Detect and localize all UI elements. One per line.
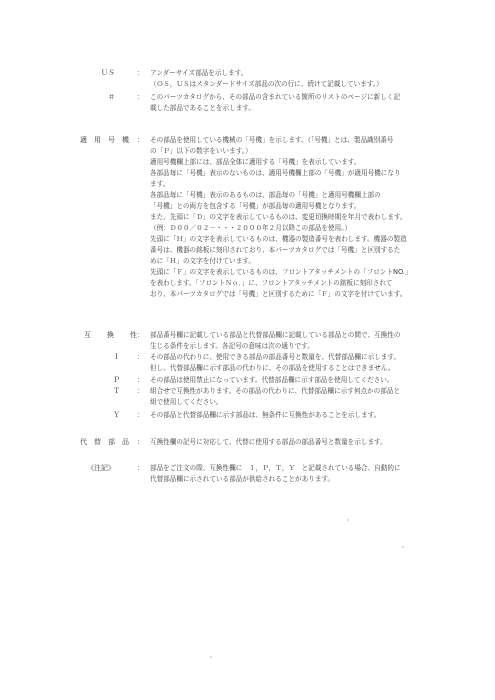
section-label: Ｐ — [113, 375, 120, 386]
text-line: 各部品毎に「号機」表示のあるものは、部品毎の「号機」と適用号機欄上部の — [150, 190, 460, 201]
text-line: 先頭に「Ｆ」の文字を表示しているものは、フロントアタッチメントの「フロントNO.… — [150, 267, 460, 278]
text-line: 部品をご注文の際、互換性欄に Ｉ，Ｐ，Ｔ，Ｙ と記載されている場合、自動的に — [150, 463, 460, 474]
text-line: アンダーサイズ部品を示します。 — [150, 68, 460, 79]
text-line: 先頭に「Ｈ」の文字を表示しているものは、機器の製造番号を表わします。機器の製造 — [150, 234, 460, 245]
text-line: また、先頭に「Ｄ」の文字を表示しているものは、変更切換時期を年月で表わします。 — [150, 212, 460, 223]
section-colon: ： — [137, 463, 144, 474]
section-body: その部品と代替部品欄に示す部品は、無条件に互換性があることを示します。 — [150, 410, 460, 421]
section-label: 《注記》 — [87, 463, 115, 474]
section-label: ＃ — [108, 92, 115, 103]
text-line: 「号機」との両方を包含する「号機」が部品毎の適用号機となります。 — [150, 201, 460, 212]
text-line: の「Ｐ」以下の数字をいいます。） — [150, 146, 460, 157]
text-line: このパーツカタログから、その部品の含まれている箇所のリストのページに新しく記 — [150, 92, 460, 103]
scan-speck — [347, 519, 349, 521]
section-colon: ： — [137, 330, 144, 341]
section-label: ＵＳ — [101, 68, 115, 79]
text-line: 載した部品であることを示します。 — [150, 103, 460, 114]
text-line: その部品と代替部品欄に示す部品は、無条件に互換性があることを示します。 — [150, 410, 460, 421]
section-body: 互換性欄の記号に対応して、代替に使用する部品の部品番号と数量を示します。 — [150, 437, 460, 448]
text-line: 組合せで互換性があります。その部品の代わりに、代替部品欄に示す何点かの部品と — [150, 386, 460, 397]
text-line: （例：Ｄ００／０２－・・・２０００年２月以降この部品を使用。） — [150, 223, 460, 234]
scan-speck — [210, 656, 212, 658]
section-body: 部品をご注文の際、互換性欄に Ｉ，Ｐ，Ｔ，Ｙ と記載されている場合、自動的に 代… — [150, 463, 460, 485]
section-body: このパーツカタログから、その部品の含まれている箇所のリストのページに新しく記 載… — [150, 92, 460, 114]
text-line: 適用号機欄上部には、部品全体に適用する「号機」を表示しています。 — [150, 157, 460, 168]
section-colon: ： — [137, 352, 144, 363]
text-line: 生じる条件を示します。各記号の意味は次の通りです。 — [150, 341, 460, 352]
text-line: その部品は使用禁止になっています。代替部品欄に示す部品を使用してください。 — [150, 375, 460, 386]
section-body: アンダーサイズ部品を示します。 （ＯＳ，ＵＳはスタンダードサイズ部品の次の行に、… — [150, 68, 460, 90]
text-line: めに「Ｈ」の文字を付けています。 — [150, 256, 460, 267]
text-line: 但し、代替部品欄に示す部品の代わりに、その部品を使用することはできません。 — [150, 363, 460, 374]
section-body: その部品は使用禁止になっています。代替部品欄に示す部品を使用してください。 — [150, 375, 460, 386]
text-line: その部品を使用している機械の「号機」を示します。（「号機」とは、製品識別番号 — [150, 135, 460, 146]
text-line: ます。 — [150, 179, 460, 190]
section-body: 組合せで互換性があります。その部品の代わりに、代替部品欄に示す何点かの部品と 組… — [150, 386, 460, 408]
section-colon: ： — [137, 410, 144, 421]
section-colon: ： — [137, 375, 144, 386]
text-line: 各部品毎に「号機」表示のないものは、適用号機欄上部の「号機」が適用号機になり — [150, 168, 460, 179]
scan-speck — [402, 546, 404, 548]
text-line: 組で使用してください。 — [150, 397, 460, 408]
section-colon: ： — [137, 437, 144, 448]
section-body: その部品を使用している機械の「号機」を示します。（「号機」とは、製品識別番号 の… — [150, 135, 460, 300]
section-colon: ： — [137, 68, 144, 79]
text-line: を表わします。「フロントＮｏ．」に、フロントアタッチメントの銘板に刻印されて — [150, 278, 460, 289]
section-label: Ｉ — [113, 352, 120, 363]
text-line: （ＯＳ，ＵＳはスタンダードサイズ部品の次の行に、続けて記載しています。） — [150, 79, 460, 90]
text-line: 部品番号欄に記載している部品と代替部品欄に記載している部品との間で、互換性の — [150, 330, 460, 341]
section-colon: ： — [137, 92, 144, 103]
section-label: Ｔ — [113, 386, 120, 397]
section-colon: ： — [137, 135, 144, 146]
section-label: Ｙ — [113, 410, 120, 421]
document-page: ＵＳ ： アンダーサイズ部品を示します。 （ＯＳ，ＵＳはスタンダードサイズ部品の… — [0, 0, 495, 700]
section-label: 適用号機 — [80, 135, 136, 146]
text-line: 代替部品欄に示されている部品が供給されることがあります。 — [150, 474, 460, 485]
text-line: 番号は、機器の銘板に刻印されており、本パーツカタログでは「号機」と区別するた — [150, 245, 460, 256]
section-label: 代替部品 — [80, 437, 136, 448]
section-body: その部品の代わりに、使用できる部品の部品番号と数量を、代替部品欄に示します。 但… — [150, 352, 460, 374]
text-line: おり、本パーツカタログでは「号機」と区別するために「Ｆ」の文字を付けています。 — [150, 289, 460, 300]
text-line: 互換性欄の記号に対応して、代替に使用する部品の部品番号と数量を示します。 — [150, 437, 460, 448]
section-colon: ： — [137, 386, 144, 397]
text-line: その部品の代わりに、使用できる部品の部品番号と数量を、代替部品欄に示します。 — [150, 352, 460, 363]
section-body: 部品番号欄に記載している部品と代替部品欄に記載している部品との間で、互換性の 生… — [150, 330, 460, 352]
